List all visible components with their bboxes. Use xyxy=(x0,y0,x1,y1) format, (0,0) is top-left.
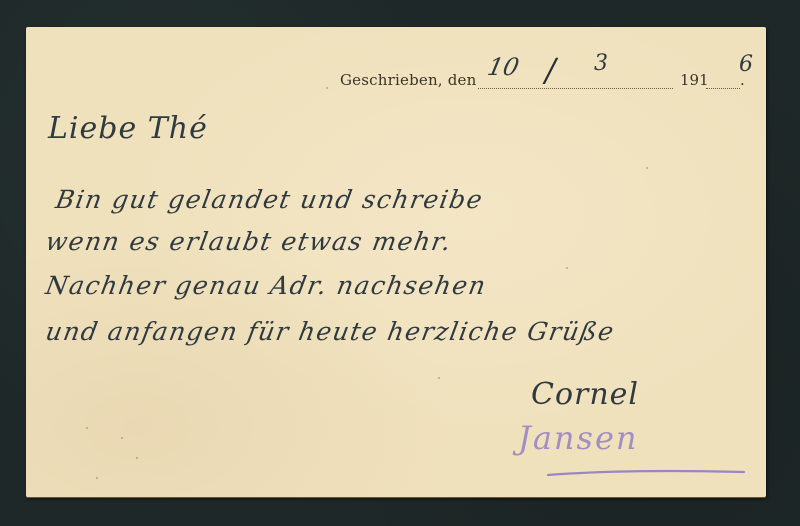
stamp-signature: Jansen xyxy=(518,419,638,457)
handwritten-date-month: 3 xyxy=(594,51,608,76)
printed-label: Geschrieben, den xyxy=(340,71,476,89)
message-line: und anfangen für heute herzliche Grüße xyxy=(43,317,617,346)
stamp-underline xyxy=(546,467,746,477)
message-line: Bin gut gelandet und schreibe xyxy=(53,185,485,214)
greeting: Liebe Thé xyxy=(48,111,208,146)
handwritten-date-day: 10 xyxy=(485,53,521,81)
signature: Cornel xyxy=(531,377,639,412)
postcard: Geschrieben, den 191 . 10 / 3 6 Liebe Th… xyxy=(26,27,766,497)
message-line: Nachher genau Adr. nachsehen xyxy=(43,271,489,300)
year-prefix: 191 xyxy=(680,71,709,89)
handwritten-year-digit: 6 xyxy=(739,52,753,77)
message-line: wenn es erlaubt etwas mehr. xyxy=(43,227,454,256)
date-dotted-line xyxy=(478,88,673,89)
handwritten-date-slash: / xyxy=(545,51,556,89)
year-dotted-line xyxy=(706,88,740,89)
